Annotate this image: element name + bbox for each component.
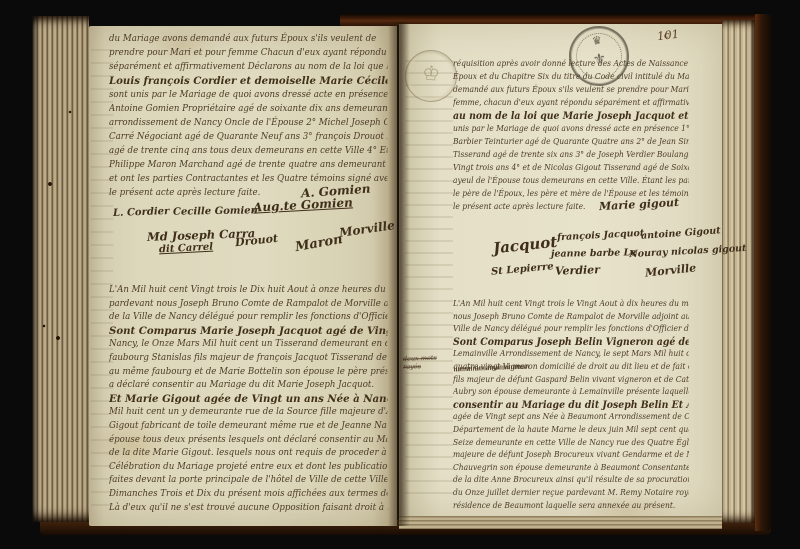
manuscript-line: Seize demeurante en cette Ville de Nancy… [453, 437, 689, 450]
manuscript-line: unis par le Mariage de quoi avons dressé… [453, 123, 689, 136]
manuscript-line: Nancy, le Onze Mars Mil huit cent un Tis… [109, 338, 387, 352]
manuscript-line: Carré Négociant agé de Quarante Neuf ans… [109, 130, 387, 144]
manuscript-line: séparément et affirmativement Déclarons … [109, 60, 387, 74]
manuscript-line: du Onze juillet dernier reçue pardevant … [453, 487, 689, 500]
manuscript-line: résidence de Beaumont laquelle sera anne… [453, 500, 689, 513]
signature-cordier: L. Cordier [113, 206, 170, 219]
right-page: 101 c ♛ ⚜ ♔ réquisition après avoir donn… [399, 24, 722, 516]
manuscript-line: Philippe Maron Marchand agé de trente qu… [109, 158, 387, 172]
manuscript-line: Sont Comparus Marie Joseph Jacquot agé d… [109, 325, 387, 339]
manuscript-line: du Mariage avons demandé aux futurs Épou… [109, 32, 387, 46]
manuscript-line: nous Joseph Bruno Comte de Rampalot de M… [453, 311, 689, 324]
emboss-stamp: ♔ [403, 48, 459, 104]
manuscript-line: de la Ville de Nancy délégué pour rempli… [109, 311, 387, 325]
right-act-belin-brocureux: L'An Mil huit cent Vingt trois le Vingt … [453, 298, 721, 512]
manuscript-line: L'An Mil huit cent Vingt trois le Vingt … [453, 298, 689, 311]
manuscript-line: prendre pour Mari et pour femme Chacun d… [109, 46, 387, 60]
manuscript-line: au nom de la loi que Marie Joseph Jacquo… [453, 110, 689, 123]
manuscript-line: femme, chacun d'eux ayant répondu séparé… [453, 97, 689, 110]
manuscript-line: agée de Vingt sept ans Née à Beaumont Ar… [453, 411, 689, 424]
margin-note-crossed-words: deux mots rayés [403, 353, 452, 371]
signature-morville-left: Morville [338, 218, 395, 240]
book-cover-right-edge [755, 14, 771, 531]
manuscript-line: majeure de défunt Joseph Brocureux vivan… [453, 449, 689, 462]
manuscript-line: Époux et du Chapitre Six du titre du Cod… [453, 71, 689, 84]
manuscript-line: épouse tous deux présents lesquels ont d… [109, 434, 387, 448]
manuscript-line: ayeul de l'Épouse tous demeurans en cett… [453, 175, 689, 188]
signature-verdier: Verdier [555, 263, 600, 278]
signature-cecille-gomien: Cecille Gomien [173, 205, 258, 217]
manuscript-line: Aubry son épouse demeurante à Lemainvill… [453, 386, 689, 399]
manuscript-line: Antoine Gomien Propriétaire agé de soixa… [109, 102, 387, 116]
left-act-jacquot-gigout: L'An Mil huit cent Vingt trois le Dix hu… [109, 284, 399, 515]
signature-jeanne-barbe: jeanne barbe Le [551, 247, 637, 259]
manuscript-line: agé de trente cinq ans tous deux demeura… [109, 144, 387, 158]
manuscript-line: Là d'eux qu'il ne s'est trouvé aucune Op… [109, 502, 387, 516]
fleur-de-lis-icon: ⚜ [570, 46, 628, 72]
signature-jacquot: Jacquot [492, 233, 558, 258]
manuscript-line: arrondissement de Nancy Oncle de l'Épous… [109, 116, 387, 130]
manuscript-line: Et Marie Gigout agée de Vingt un ans Née… [109, 393, 387, 407]
book-scan: du Mariage avons demandé aux futurs Épou… [28, 14, 772, 538]
manuscript-line: consentir au Mariage du dit Joseph Belin… [453, 399, 689, 412]
manuscript-line: demandé aux futurs Époux s'ils veulent s… [453, 84, 689, 97]
manuscript-line: pardevant nous Joseph Bruno Comte de Ram… [109, 298, 387, 312]
manuscript-line: Barbier Teinturier agé de Quarante Quatr… [453, 136, 689, 149]
manuscript-line: sont unis par le Mariage de quoi avons d… [109, 88, 387, 102]
manuscript-line: a déclaré consentir au Mariage du dit Ma… [109, 379, 387, 393]
left-page: du Mariage avons demandé aux futurs Épou… [89, 26, 397, 526]
manuscript-line: Lemainville Arrondissement de Nancy, le … [453, 348, 689, 361]
page-stack-right [722, 20, 755, 523]
manuscript-line: au même faubourg et de Marie Bottelin so… [109, 366, 387, 380]
page-stack-left [32, 16, 89, 522]
manuscript-line: Sont Comparus Joseph Belin Vigneron agé … [453, 336, 689, 349]
manuscript-line: faites devant la porte principale de l'h… [109, 474, 387, 488]
folio-letter: c [664, 31, 669, 41]
manuscript-line: Dimanches Trois et Dix du présent mois a… [109, 488, 387, 502]
signature-maron: Maron [294, 232, 344, 255]
signature-francois-jacquot: françois Jacquot [557, 228, 645, 244]
archive-scan-background: { "document": { "kind": "scanned double … [0, 0, 800, 549]
manuscript-line: de la dite Marie Gigout. lesquels nous o… [109, 447, 387, 461]
left-act-ending-cordier-gomien: du Mariage avons demandé aux futurs Épou… [109, 32, 399, 200]
manuscript-line: Vingt trois ans 4° et de Nicolas Gigout … [453, 162, 689, 175]
manuscript-line: Célébration du Mariage projeté entre eux… [109, 461, 387, 475]
signature-carrel: dit Carrel [159, 242, 214, 256]
manuscript-line: L'An Mil huit cent Vingt trois le Dix hu… [109, 284, 387, 298]
manuscript-line: de la dite Anne Brocureux ainsi qu'il ré… [453, 474, 689, 487]
manuscript-line: Mil huit cent un y demeurante rue de la … [109, 406, 387, 420]
manuscript-line: faubourg Stanislas fils majeur de franço… [109, 352, 387, 366]
signature-morville-right: Morville [644, 261, 696, 279]
signature-lepierre: St Lepierre [491, 261, 555, 277]
manuscript-line: quatre vingt Vigneron domicilié de droit… [453, 361, 689, 374]
manuscript-line: Département de la haute Marne le deux ju… [453, 424, 689, 437]
signature-antoine-gigout: antoine Gigout [641, 225, 721, 242]
manuscript-line: fils majeur de défunt Gaspard Belin viva… [453, 374, 689, 387]
manuscript-line: Louis françois Cordier et demoiselle Mar… [109, 74, 387, 88]
manuscript-line: Ville de Nancy délégué pour remplir les … [453, 323, 689, 336]
page-stack-under-right [399, 516, 722, 529]
manuscript-line: Chauvegrin son épouse demeurante à Beaum… [453, 462, 689, 475]
manuscript-line: Gigout fabricant de toile demeurant même… [109, 420, 387, 434]
emboss-figure-icon: ♔ [405, 59, 457, 86]
manuscript-line: Tisserand agé de trente six ans 3° de Jo… [453, 149, 689, 162]
